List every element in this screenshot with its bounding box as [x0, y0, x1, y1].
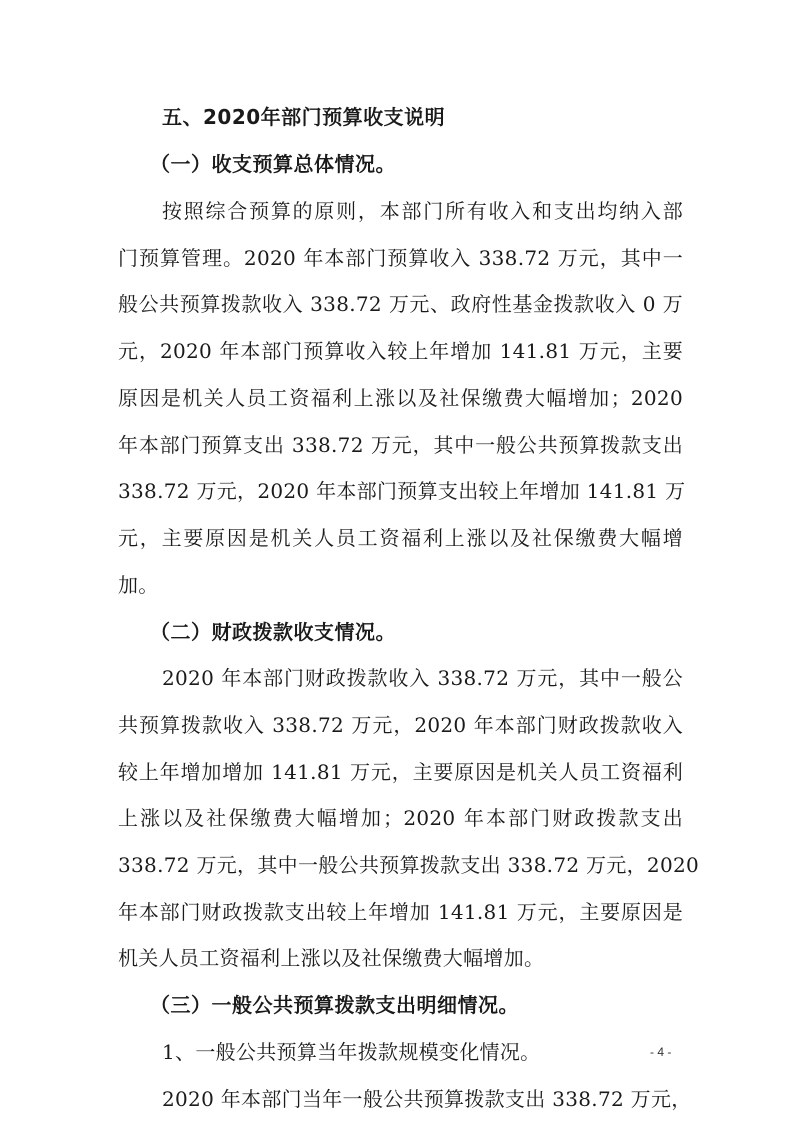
subsection-heading-3: （三）一般公共预算拨款支出明细情况。: [150, 993, 715, 1017]
paragraph-line: 元，主要原因是机关人员工资福利上涨以及社保缴费大幅增: [118, 526, 683, 550]
section-title: 五、2020年部门预算收支说明: [162, 105, 727, 129]
paragraph-line: 2020 年本部门财政拨款收入 338.72 万元，其中一般公: [162, 666, 683, 690]
paragraph-line: 上涨以及社保缴费大幅增加；2020 年本部门财政拨款支出: [118, 806, 683, 830]
paragraph-line: 按照综合预算的原则，本部门所有收入和支出均纳入部: [162, 199, 683, 223]
page-number: - 4 -: [650, 1045, 671, 1059]
paragraph-line: 元，2020 年本部门预算收入较上年增加 141.81 万元，主要: [118, 339, 683, 363]
paragraph-line: 共预算拨款收入 338.72 万元，2020 年本部门财政拨款收入: [118, 713, 683, 737]
subsection-heading-1: （一）收支预算总体情况。: [150, 152, 715, 176]
paragraph-line: 338.72 万元，其中一般公共预算拨款支出 338.72 万元，2020: [118, 853, 683, 877]
paragraph-line: 原因是机关人员工资福利上涨以及社保缴费大幅增加；2020: [118, 386, 683, 410]
paragraph-line: 2020 年本部门当年一般公共预算拨款支出 338.72 万元，: [162, 1087, 683, 1111]
paragraph-line: 338.72 万元，2020 年本部门预算支出较上年增加 141.81 万: [118, 479, 683, 503]
paragraph-line: 加。: [118, 573, 683, 597]
paragraph-line: 般公共预算拨款收入 338.72 万元、政府性基金拨款收入 0 万: [118, 292, 683, 316]
paragraph-line: 年本部门财政拨款支出较上年增加 141.81 万元，主要原因是: [118, 900, 683, 924]
paragraph-line: 较上年增加增加 141.81 万元，主要原因是机关人员工资福利: [118, 760, 683, 784]
paragraph-line: 门预算管理。2020 年本部门预算收入 338.72 万元，其中一: [118, 246, 683, 270]
paragraph-line: 年本部门预算支出 338.72 万元，其中一般公共预算拨款支出: [118, 433, 683, 457]
list-item: 1、一般公共预算当年拨款规模变化情况。: [162, 1040, 727, 1064]
subsection-heading-2: （二）财政拨款收支情况。: [150, 620, 715, 644]
document-page: 五、2020年部门预算收支说明 （一）收支预算总体情况。 按照综合预算的原则，本…: [0, 0, 793, 1122]
paragraph-line: 机关人员工资福利上涨以及社保缴费大幅增加。: [118, 946, 683, 970]
